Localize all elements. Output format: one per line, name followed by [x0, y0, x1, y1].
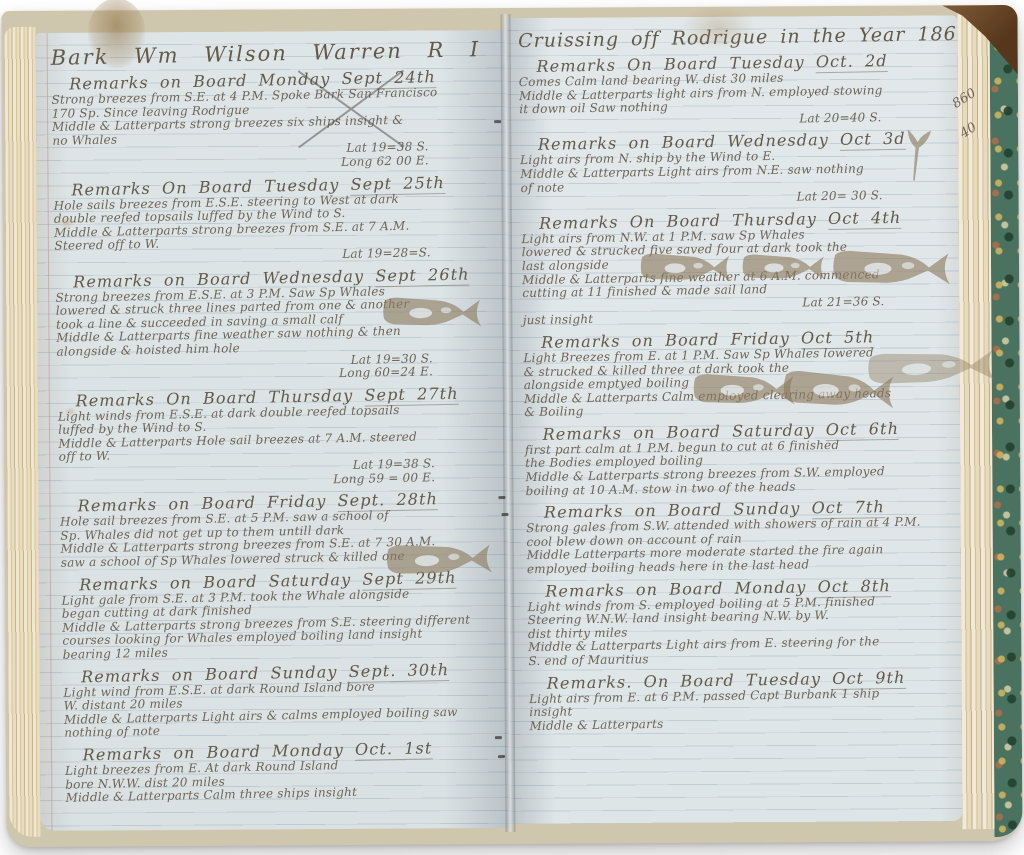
left-page-content: Bark Wm Wilson Warren R I Remarks on Boa… — [36, 30, 511, 806]
log-entry: Remarks On Board Tuesday Oct. 2dComes Ca… — [518, 50, 945, 130]
entry-date: Sept 26th — [375, 264, 470, 287]
ink-stain — [87, 0, 145, 69]
entry-date: Oct. 2d — [816, 51, 888, 73]
binding-stitch — [494, 120, 501, 123]
sperm-whale-stamp-icon — [384, 534, 498, 579]
marbled-cover-edge — [989, 7, 1022, 837]
log-entry: Remarks on Board Sunday Sept. 30thLight … — [63, 658, 504, 740]
binding-stitch — [498, 755, 505, 758]
log-entry: Remarks On Board Thursday Sept 27thLight… — [57, 383, 499, 492]
sperm-whale-stamp-icon — [781, 362, 900, 410]
log-entry: Remarks on Board Sunday Oct 7thStrong ga… — [526, 496, 953, 576]
sperm-whale-stamp-icon — [381, 290, 486, 329]
binding-stitch — [502, 513, 509, 516]
entry-date: Oct 3d — [840, 129, 906, 151]
left-page-edges — [5, 27, 41, 837]
log-entry: Remarks on Board Saturday Sept 29thLight… — [61, 567, 503, 663]
binding-stitch — [495, 736, 502, 739]
paper-stain — [679, 5, 755, 51]
entry-date: Oct. 1st — [355, 738, 433, 761]
sperm-whale-stamp-icon — [741, 248, 829, 282]
log-entry: Remarks on Board Monday Oct 8thLight win… — [527, 575, 954, 669]
log-entry: Remarks. On Board Tuesday Oct 9thLight a… — [529, 667, 956, 734]
foxing-spot — [64, 407, 77, 417]
sperm-whale-stamp-icon — [831, 242, 956, 287]
binding-stitch — [498, 496, 505, 499]
log-entry: Remarks on Board Wednesday Oct 3dLight a… — [520, 128, 947, 208]
open-logbook: Bark Wm Wilson Warren R I Remarks on Boa… — [1, 5, 1022, 847]
log-entry: Remarks on Board Saturday Oct 6thfirst p… — [525, 418, 952, 498]
left-entries: Remarks on Board Monday Sept 24thStrong … — [51, 66, 506, 805]
entry-date: Oct 4th — [828, 208, 902, 230]
logbook-photo: Bark Wm Wilson Warren R I Remarks on Boa… — [0, 0, 1024, 855]
left-page: Bark Wm Wilson Warren R I Remarks on Boa… — [36, 30, 511, 831]
right-page: Cruissing off Rodrigue in the Year 1860 … — [506, 15, 963, 824]
foxing-spot — [59, 217, 75, 229]
log-entry: Remarks On Board Tuesday Sept 25thHole s… — [53, 172, 495, 268]
sperm-whale-stamp-icon — [639, 247, 735, 284]
pencil-cross-mark — [292, 64, 411, 153]
log-entry: Remarks on Board Monday Sept 24thStrong … — [51, 66, 493, 175]
whale-fluke-stamp-icon — [902, 126, 933, 183]
log-entry: Remarks on Board Monday Oct. 1stLight br… — [65, 737, 506, 806]
